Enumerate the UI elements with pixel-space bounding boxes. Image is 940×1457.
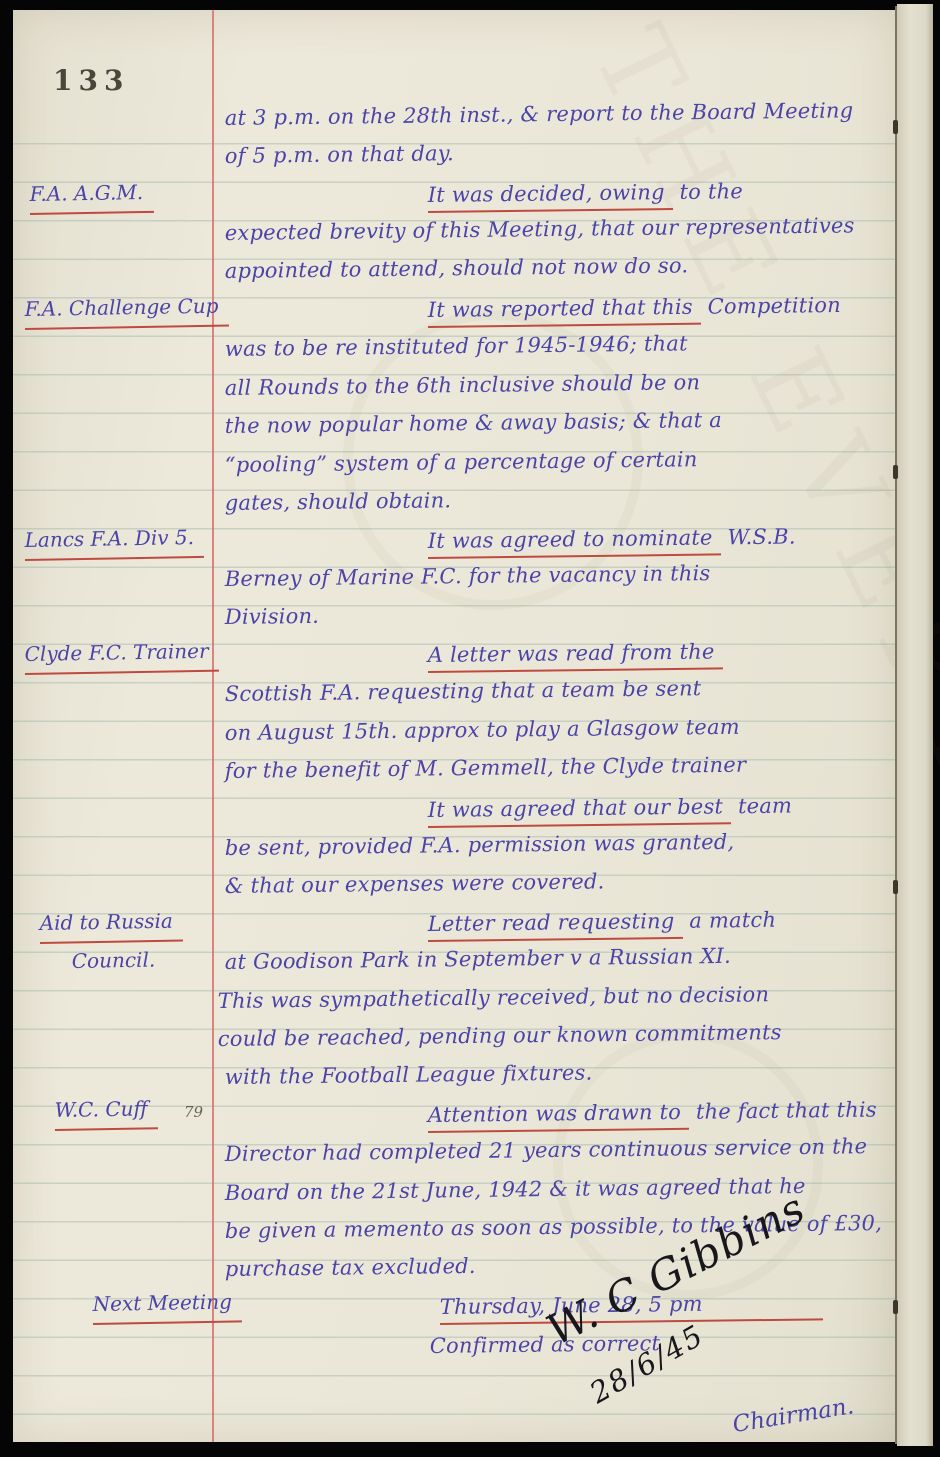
- body-line: & that our expenses were covered.: [225, 866, 605, 901]
- margin-heading: Aid to Russia: [39, 907, 183, 944]
- stitch-mark: [893, 120, 898, 134]
- next-page-edge: [897, 4, 933, 1446]
- body-line: all Rounds to the 6th inclusive should b…: [225, 367, 701, 403]
- red-underlined-phrase: It was reported that this: [428, 295, 701, 328]
- margin-heading: W.C. Cuff: [54, 1094, 158, 1131]
- body-line: on August 15th. approx to play a Glasgow…: [225, 712, 740, 748]
- stitch-mark: [893, 465, 898, 479]
- margin-heading: Council.: [72, 946, 156, 975]
- body-line: with the Football League fixtures.: [225, 1058, 593, 1092]
- red-underlined-phrase: It was agreed to nominate: [428, 525, 721, 559]
- body-line: at Goodison Park in September v a Russia…: [225, 941, 731, 977]
- body-line: It was decided, owing to the: [428, 176, 743, 210]
- stitch-mark: [893, 880, 898, 894]
- body-line: the now popular home & away basis; & tha…: [225, 405, 722, 441]
- stitch-mark: [893, 1300, 898, 1314]
- margin-heading: Clyde F.C. Trainer: [24, 637, 219, 675]
- page-number: 133: [53, 64, 129, 97]
- margin-heading: Next Meeting: [92, 1287, 242, 1325]
- body-line: Attention was drawn to the fact that thi…: [428, 1095, 877, 1130]
- red-underlined-phrase: Attention was drawn to: [428, 1100, 690, 1133]
- red-underlined-phrase: It was agreed that our best: [428, 794, 732, 828]
- body-line: “pooling” system of a percentage of cert…: [225, 444, 698, 480]
- red-underlined-phrase: A letter was read from the: [428, 639, 723, 673]
- margin-heading: F.A. Challenge Cup: [24, 291, 228, 330]
- body-line: purchase tax excluded.: [225, 1251, 476, 1284]
- margin-heading: Lancs F.A. Div 5.: [24, 523, 204, 561]
- body-line: be sent, provided F.A. permission was gr…: [225, 827, 735, 863]
- body-line: Scottish F.A. requesting that a team be …: [225, 673, 702, 709]
- margin-heading: F.A. A.G.M.: [29, 178, 153, 215]
- red-underlined-phrase: Letter read requesting: [428, 909, 683, 942]
- body-line: gates, should obtain.: [225, 485, 452, 518]
- red-margin-rule: [212, 10, 214, 1442]
- body-line: appointed to attend, should not now do s…: [225, 250, 689, 286]
- red-underlined-phrase: It was decided, owing: [428, 180, 673, 213]
- body-line: It was agreed that our best team: [428, 791, 793, 825]
- ledger-page: THE EVERTON COLLECTION 133 F.A. A.G.M.F.…: [13, 10, 895, 1442]
- body-line: Letter read requesting a match: [428, 905, 777, 939]
- body-line: of 5 p.m. on that day.: [225, 138, 454, 171]
- body-line: It was agreed to nominate W.S.B.: [428, 522, 796, 556]
- binding-edge: [895, 6, 897, 1444]
- body-line: Berney of Marine F.C. for the vacancy in…: [225, 558, 711, 594]
- body-line: was to be re instituted for 1945-1946; t…: [225, 328, 688, 364]
- minute-book-photo: THE EVERTON COLLECTION 133 F.A. A.G.M.F.…: [0, 0, 940, 1457]
- body-line: It was reported that this Competition: [428, 290, 841, 325]
- pencil-note: 79: [184, 1103, 203, 1121]
- body-line: Division.: [225, 601, 320, 632]
- body-line: A letter was read from the: [428, 636, 723, 670]
- body-line: for the benefit of M. Gemmell, the Clyde…: [225, 750, 747, 786]
